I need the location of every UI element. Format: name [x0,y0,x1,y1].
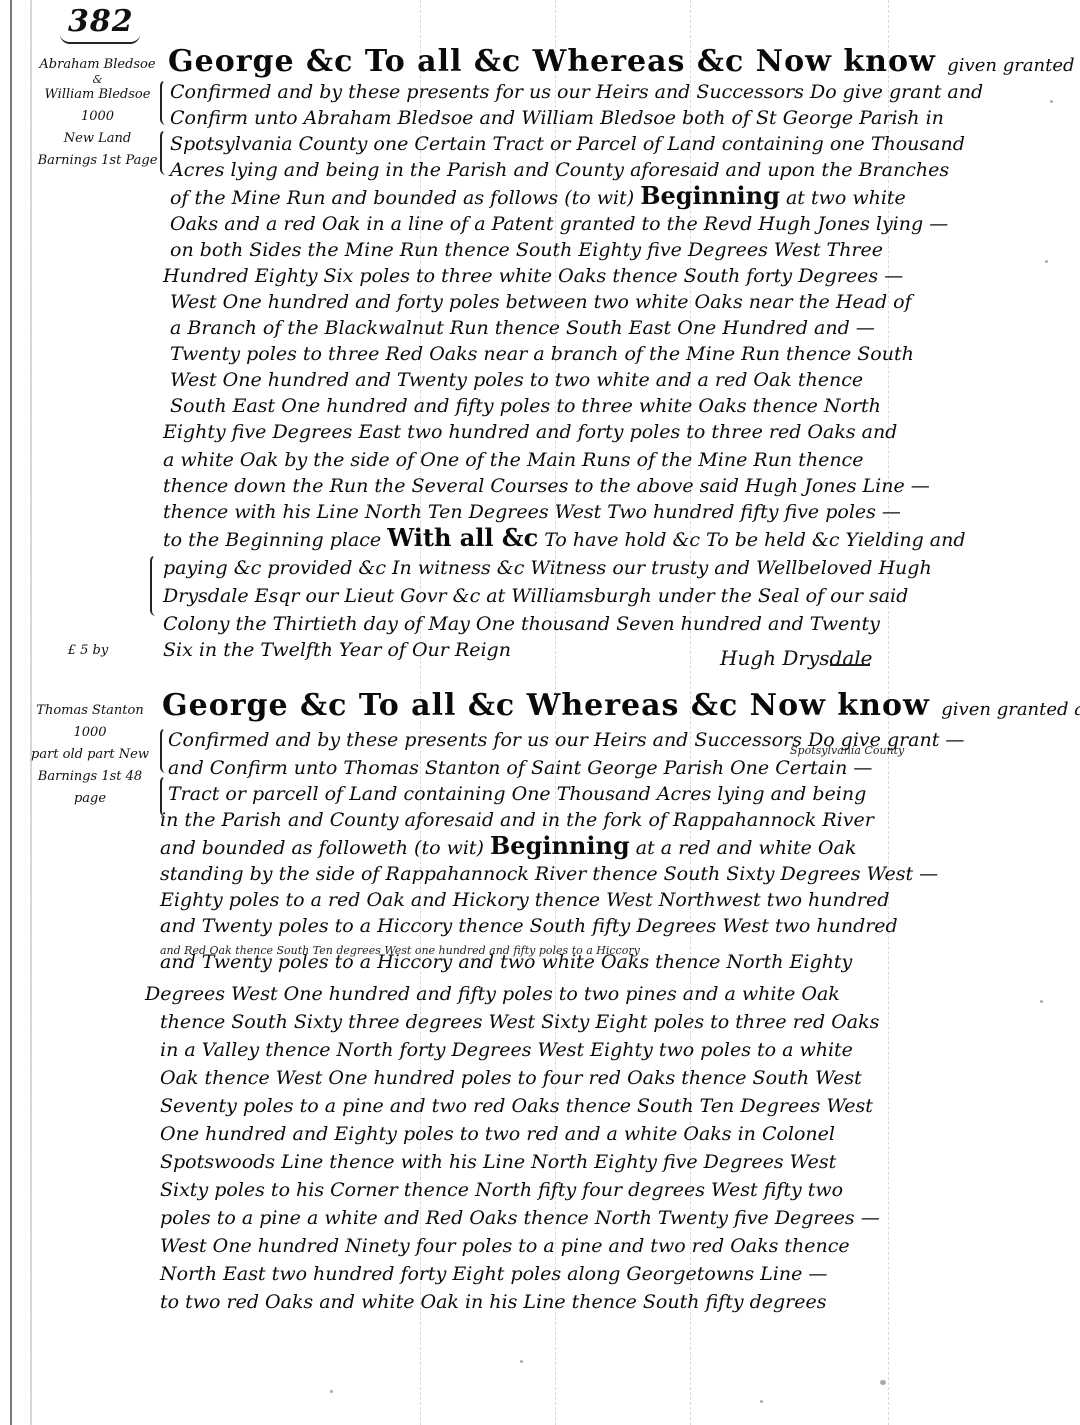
margin-grantees: Thomas Stanton 1000 part old part New Ba… [20,700,160,810]
deed-line-text: to the Beginning place [163,529,381,551]
scan-speckle [1045,260,1048,263]
heading-text: George &c To all &c Whereas &c Now know [168,44,936,79]
scan-speckle [880,1380,886,1385]
deed-line: Oaks and a red Oak in a line of a Patent… [170,212,948,236]
signature-hugh-drysdale: Hugh Drysdale [720,646,872,670]
document-page: 382 Abraham Bledsoe & William Bledsoe 10… [0,0,1080,1425]
deed-line: thence with his Line North Ten Degrees W… [163,500,901,524]
deed-line-text: and bounded as followeth (to wit) [160,837,484,859]
deed-line-text: To have hold &c To be held &c Yielding a… [544,529,965,551]
deed-line: West One hundred Ninety four poles to a … [160,1234,850,1258]
margin-bracket [160,130,170,175]
deed-line: Acres lying and being in the Parish and … [170,158,949,182]
scan-speckle [1050,100,1053,103]
page-number-flourish [60,34,140,44]
deed-line: South East One hundred and fifty poles t… [170,394,881,418]
deed-line: and Confirm unto Thomas Stanton of Saint… [168,756,872,780]
deed-line-text: of the Mine Run and bounded as follows (… [170,187,634,209]
deed-line: in a Valley thence North forty Degrees W… [160,1038,853,1062]
margin-reference: Barnings 1st 48 page [20,766,160,810]
deed-line: Spotswoods Line thence with his Line Nor… [160,1150,836,1174]
deed-line: Degrees West One hundred and fifty poles… [145,982,840,1006]
deed-line: and Twenty poles to a Hiccory and two wh… [160,950,852,974]
deed-line: Confirmed and by these presents for us o… [168,728,964,752]
deed-line: thence South Sixty three degrees West Si… [160,1010,879,1034]
deed-heading: George &c To all &c Whereas &c Now know … [168,44,1080,79]
deed-line: Confirmed and by these presents for us o… [170,80,983,104]
deed-heading: George &c To all &c Whereas &c Now know … [162,688,1080,723]
deed-line: Eighty five Degrees East two hundred and… [163,420,897,444]
deed-line: Seventy poles to a pine and two red Oaks… [160,1094,873,1118]
deed-line-text: at a red and white Oak [636,837,857,859]
deed-line: Six in the Twelfth Year of Our Reign [163,638,511,662]
deed-line: paying &c provided &c In witness &c Witn… [163,556,932,580]
deed-line: to the Beginning place With all &c To ha… [163,526,966,552]
margin-acreage: 1000 [20,722,160,744]
scan-speckle [330,1390,333,1393]
scan-speckle [760,1400,763,1403]
fee-note: £ 5 by [58,640,118,662]
heading-text: George &c To all &c Whereas &c Now know [162,688,930,723]
beginning-keyword: Beginning [490,831,630,860]
signature-flourish [830,664,870,666]
deed-line: and Twenty poles to a Hiccory thence Sou… [160,914,898,938]
deed-line: thence down the Run the Several Courses … [163,474,930,498]
deed-line: West One hundred and forty poles between… [170,290,912,314]
deed-line: to two red Oaks and white Oak in his Lin… [160,1290,827,1314]
deed-line: Drysdale Esqr our Lieut Govr &c at Willi… [163,584,908,608]
deed-line: a Branch of the Blackwalnut Run thence S… [170,316,875,340]
deed-line: in the Parish and County aforesaid and i… [160,808,874,832]
deed-line: Spotsylvania County one Certain Tract or… [170,132,965,156]
margin-bracket [150,555,160,616]
deed-line: Eighty poles to a red Oak and Hickory th… [160,888,889,912]
with-all-keyword: With all &c [387,523,538,552]
deed-line: Confirm unto Abraham Bledsoe and William… [170,106,944,130]
deed-line: West One hundred and Twenty poles to two… [170,368,863,392]
margin-reference: Barnings 1st Page [30,150,165,172]
scan-speckle [520,1360,523,1363]
margin-grantees: Abraham Bledsoe & William Bledsoe 1000 N… [30,54,165,172]
deed-line: Sixty poles to his Corner thence North f… [160,1178,843,1202]
deed-line: North East two hundred forty Eight poles… [160,1262,827,1286]
deed-line: Hundred Eighty Six poles to three white … [163,264,903,288]
deed-line: on both Sides the Mine Run thence South … [170,238,883,262]
deed-line: Colony the Thirtieth day of May One thou… [163,612,880,636]
heading-tail: given granted and [941,699,1080,720]
beginning-keyword: Beginning [640,181,780,210]
margin-ampersand: & [30,76,165,84]
margin-grantee-2: William Bledsoe [30,84,165,106]
deed-line: and bounded as followeth (to wit) Beginn… [160,834,856,860]
page-margin-rule [10,0,12,1425]
deed-line: One hundred and Eighty poles to two red … [160,1122,835,1146]
scan-speckle [1040,1000,1043,1003]
margin-bracket [160,80,170,125]
margin-acreage: 1000 [30,106,165,128]
heading-tail: given granted & [947,55,1080,76]
deed-line: of the Mine Run and bounded as follows (… [170,184,906,210]
deed-line: Twenty poles to three Red Oaks near a br… [170,342,914,366]
deed-line: standing by the side of Rappahannock Riv… [160,862,938,886]
deed-line: Tract or parcell of Land containing One … [168,782,866,806]
margin-land-type: part old part New [20,744,160,766]
margin-land-type: New Land [30,128,165,150]
deed-line: poles to a pine a white and Red Oaks the… [160,1206,880,1230]
deed-line-text: at two white [786,187,906,209]
margin-grantee: Thomas Stanton [20,700,160,722]
deed-line: Oak thence West One hundred poles to fou… [160,1066,862,1090]
deed-line: a white Oak by the side of One of the Ma… [163,448,863,472]
